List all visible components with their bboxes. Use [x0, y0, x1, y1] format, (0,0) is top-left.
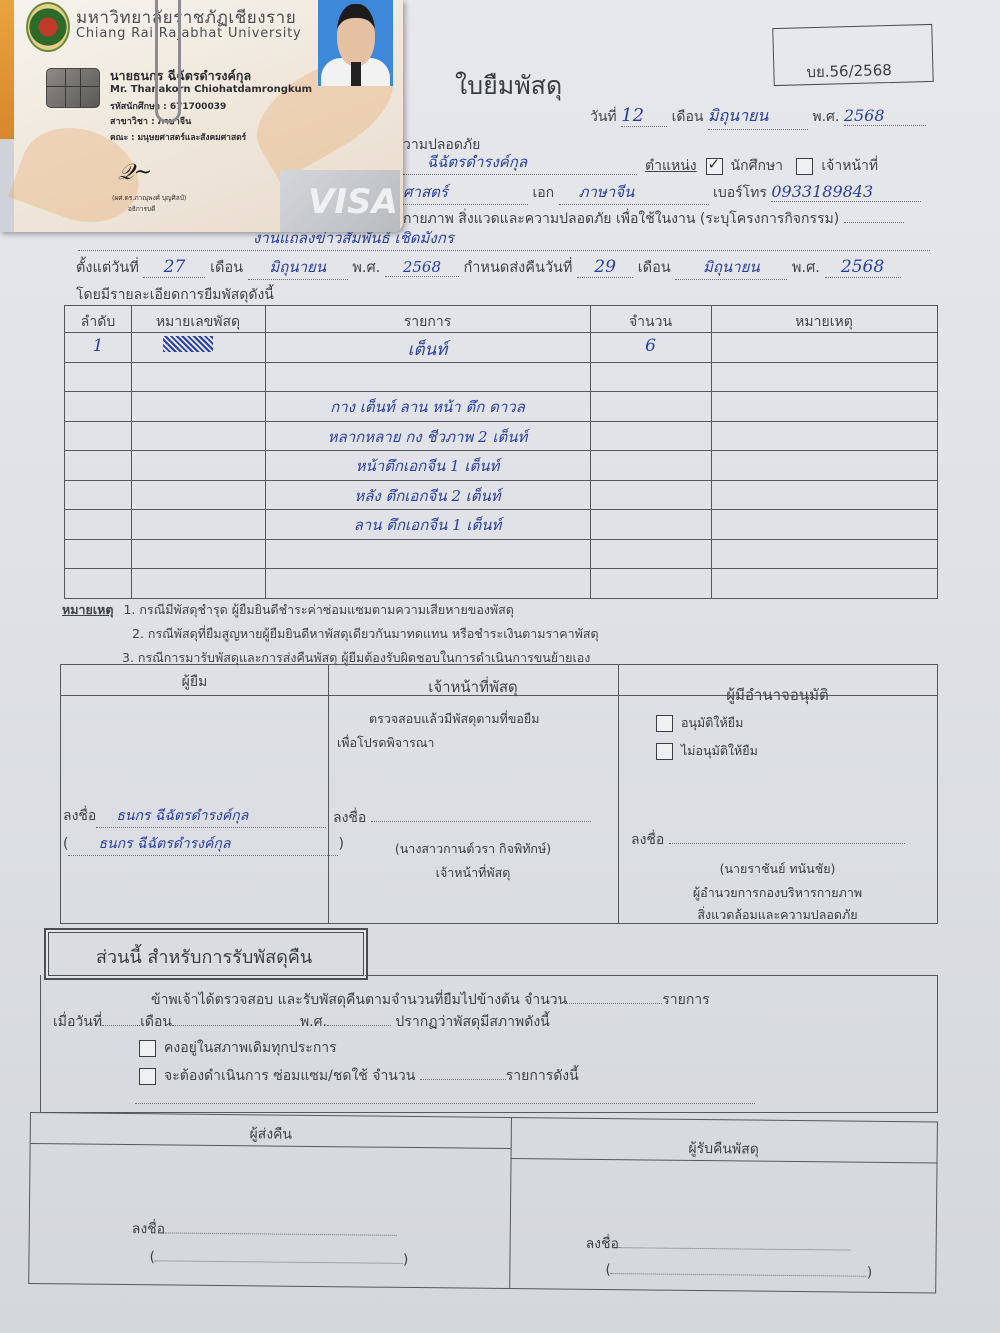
date-year[interactable]: 2568: [844, 106, 926, 126]
table-cell-no[interactable]: 1: [65, 336, 131, 356]
receiver-name[interactable]: [611, 1261, 867, 1277]
officer-signature[interactable]: [371, 807, 591, 822]
reject-option: ไม่อนุมัติให้ยืม: [656, 741, 758, 761]
table-header-cell: จำนวน: [590, 311, 711, 333]
approver-signature[interactable]: [669, 829, 905, 844]
table-row: 1(ขีดฆ่า)เต็นท์6: [65, 332, 937, 362]
return-option-1: คงอยู่ในสภาพเดิมทุกประการ: [139, 1037, 337, 1059]
return-count-field[interactable]: [567, 991, 662, 1004]
return-line-1-suffix: รายการ: [662, 992, 709, 1008]
condition-repair-suffix: รายการดังนี้: [506, 1068, 579, 1084]
date-day[interactable]: 12: [621, 105, 667, 127]
table-cell-item[interactable]: หน้าตึกเอกจีน 1 เต็นท์: [265, 454, 590, 478]
table-row: หลากหลาย กง ชีวภาพ 2 เต็นท์: [65, 421, 937, 451]
table-header-cell: หมายเหตุ: [711, 311, 937, 333]
condition-repair-label: จะต้องดำเนินการ ซ่อมแซม/ชดใช้ จำนวน: [164, 1068, 415, 1084]
date-line: วันที่ 12 เดือน มิถุนายน พ.ศ. 2568: [590, 104, 926, 130]
table-cell-code[interactable]: (ขีดฆ่า): [163, 336, 213, 352]
card-chip-icon: [46, 68, 100, 108]
purpose-dots: [844, 222, 904, 223]
card-photo: [318, 0, 393, 86]
borrower-name-line: (ธนกร ฉีฉัตรดำรงค์กุล): [63, 833, 344, 856]
return-month-field[interactable]: [172, 1013, 300, 1026]
borrower-header: ผู้ยืม: [61, 671, 328, 693]
position-student-label: นักศึกษา: [731, 158, 784, 174]
year-label: พ.ศ.: [812, 109, 839, 125]
receiver-header: ผู้รับคืนพัสดุ: [511, 1136, 937, 1162]
return-year-label: พ.ศ.: [792, 260, 820, 276]
table-cell-item[interactable]: หลัง ตึกเอกจีน 2 เต็นท์: [265, 484, 590, 508]
officer-text-2: เพื่อโปรดพิจารณา: [337, 733, 434, 753]
approver-title-1: ผู้อำนวยการกองบริหารกายภาพ: [618, 883, 937, 903]
table-cell-qty[interactable]: 6: [590, 336, 711, 356]
position-staff-label: เจ้าหน้าที่: [821, 158, 878, 174]
table-row: หน้าตึกเอกจีน 1 เต็นท์: [65, 450, 937, 480]
table-cell-item[interactable]: หลากหลาย กง ชีวภาพ 2 เต็นท์: [265, 425, 590, 449]
approver-title-2: สิ่งแวดล้อมและความปลอดภัย: [618, 905, 937, 925]
officer-text-1: ตรวจสอบแล้วมีพัสดุตามที่ขอยืม: [369, 709, 539, 729]
condition-label: ปรากฏว่าพัสดุมีสภาพดังนี้: [395, 1014, 549, 1030]
from-label: ตั้งแต่วันที่: [76, 260, 139, 276]
purpose-text: กายภาพ สิ่งแวดและความปลอดภัย เพื่อใช้ในง…: [403, 211, 839, 227]
officer-title: เจ้าหน้าที่พัสดุ: [328, 863, 618, 883]
card-signer: (ผศ.ดร.ภาณุพงศ์ บุญศิลป์): [112, 193, 186, 203]
from-month-label: เดือน: [210, 260, 243, 276]
officer-name: (นางสาวกานต์วรา กิจพิทักษ์): [328, 839, 618, 859]
table-cell-item[interactable]: ลาน ตึกเอกจีน 1 เต็นท์: [265, 513, 590, 537]
sign-label: ลงชื่อ: [586, 1236, 619, 1252]
return-section-box: ข้าพเจ้าได้ตรวจสอบ และรับพัสดุคืนตามจำนว…: [40, 975, 938, 1113]
student-id-card: มหาวิทยาลัยราชภัฏเชียงราย Chiang Rai Raj…: [0, 0, 403, 232]
table-header-cell: รายการ: [265, 311, 590, 333]
return-year[interactable]: 2568: [825, 257, 901, 278]
approve-checkbox[interactable]: [656, 715, 673, 732]
month-label: เดือน: [672, 109, 704, 125]
remark-item: 1. กรณีมีพัสดุชำรุด ผู้ยืมยินดีชำระค่าซ่…: [123, 602, 513, 617]
sign-label: ลงชื่อ: [63, 808, 96, 824]
university-logo-icon: [26, 2, 70, 52]
table-cell-item[interactable]: กาง เต็นท์ ลาน หน้า ตึก ดาวล: [265, 395, 590, 419]
faculty-line: ศาสตร์ เอก ภาษาจีน เบอร์โทร 0933189843: [403, 180, 921, 205]
card-faculty: คณะ : มนุษยศาสตร์และสังคมศาสตร์: [110, 130, 246, 144]
receiver-signature[interactable]: [619, 1235, 851, 1250]
returner-signature[interactable]: [165, 1220, 397, 1235]
approver-name: (นายราชันย์ ทนันชัย): [618, 859, 937, 879]
condition-intact-label: คงอยู่ในสภาพเดิมทุกประการ: [164, 1040, 337, 1056]
phone-field[interactable]: 0933189843: [771, 182, 921, 202]
return-month-label: เดือน: [140, 1014, 172, 1030]
return-section-title: ส่วนนี้ สำหรับการรับพัสดุคืน: [96, 942, 312, 971]
remark-item: 2. กรณีพัสดุที่ยืมสูญหายผู้ยืมยินดีหาพัส…: [132, 624, 599, 644]
card-signature-icon: 𝒬~: [118, 160, 152, 185]
sign-label: ลงชื่อ: [333, 810, 366, 826]
condition-checkbox-intact[interactable]: [139, 1040, 156, 1057]
date-label: วันที่: [590, 109, 617, 125]
approver-sign-line: ลงชื่อ: [631, 829, 905, 851]
table-row: หลัง ตึกเอกจีน 2 เต็นท์: [65, 480, 937, 510]
officer-sign-line: ลงชื่อ: [333, 807, 591, 829]
table-cell-item[interactable]: เต็นท์: [265, 336, 590, 363]
details-intro: โดยมีรายละเอียดการยืมพัสดุดังนี้: [76, 284, 274, 306]
doc-number-box: บย.56/2568: [772, 24, 933, 86]
return-signature-table: ผู้ส่งคืน ผู้รับคืนพัสดุ ลงชื่อ () ลงชื่…: [28, 1112, 938, 1293]
table-row: กาง เต็นท์ ลาน หน้า ตึก ดาวล: [65, 391, 937, 421]
card-name-en: Mr. Thanakorn Chiohatdamrongkum: [110, 84, 312, 95]
receiver-name-line: (): [605, 1261, 872, 1281]
sign-label: ลงชื่อ: [132, 1221, 165, 1237]
reject-checkbox[interactable]: [656, 743, 673, 760]
return-section-title-box: ส่วนนี้ สำหรับการรับพัสดุคืน: [44, 928, 368, 980]
returner-sign-line: ลงชื่อ: [132, 1218, 398, 1243]
faculty-field[interactable]: ศาสตร์: [403, 180, 528, 205]
position-checkbox-student[interactable]: [706, 158, 723, 175]
borrower-sign-line: ลงชื่อธนกร ฉีฉัตรดำรงค์กุล: [63, 805, 326, 828]
return-day-field[interactable]: [102, 1013, 140, 1026]
major-label: เอก: [532, 185, 554, 201]
remarks: หมายเหตุ 1. กรณีมีพัสดุชำรุด ผู้ยืมยินดี…: [62, 600, 514, 620]
reject-label: ไม่อนุมัติให้ยืม: [681, 743, 758, 758]
return-year-field[interactable]: [327, 1013, 391, 1026]
return-option-2: จะต้องดำเนินการ ซ่อมแซม/ชดใช้ จำนวน รายก…: [139, 1065, 579, 1087]
returner-name[interactable]: [155, 1248, 403, 1264]
form-title: ใบยืมพัสดุ: [455, 66, 562, 106]
major-field[interactable]: ภาษาจีน: [559, 180, 709, 205]
repair-count-field[interactable]: [420, 1067, 506, 1080]
table-row: [65, 568, 937, 598]
receiver-sign-line: ลงชื่อ: [586, 1233, 852, 1258]
remarks-label: หมายเหตุ: [62, 602, 113, 617]
from-year-label: พ.ศ.: [352, 260, 380, 276]
table-row: [65, 539, 937, 569]
borrower-name[interactable]: ธนกร ฉีฉัตรดำรงค์กุล: [68, 833, 338, 856]
sign-label: ลงชื่อ: [631, 832, 664, 848]
position-group: ตำแหน่ง นักศึกษา เจ้าหน้าที่: [645, 155, 878, 177]
return-line-2: เมื่อวันที่เดือนพ.ศ. ปรากฏว่าพัสดุมีสภาพ…: [53, 1011, 550, 1033]
returner-name-line: (): [149, 1248, 408, 1268]
card-university-en: Chiang Rai Rajabhat University: [76, 26, 302, 41]
surname-field[interactable]: ฉีฉัตรดำรงค์กุล: [403, 150, 637, 175]
return-month-label: เดือน: [638, 260, 671, 276]
signature-table: ผู้ยืม เจ้าหน้าที่พัสดุ ผู้มีอำนาจอนุมัต…: [60, 664, 938, 924]
approve-option: อนุมัติให้ยืม: [656, 713, 743, 733]
date-month[interactable]: มิถุนายน: [708, 104, 808, 130]
period-line: ตั้งแต่วันที่ 27 เดือน มิถุนายน พ.ศ. 256…: [76, 255, 901, 280]
items-table: ลำดับหมายเลขพัสดุรายการจำนวนหมายเหตุ1(ขี…: [64, 305, 938, 599]
condition-checkbox-repair[interactable]: [139, 1068, 156, 1085]
table-header-cell: หมายเลขพัสดุ: [131, 311, 265, 333]
position-label: ตำแหน่ง: [645, 158, 697, 174]
card-signer-title: อธิการบดี: [128, 204, 155, 214]
table-row: ลาน ตึกเอกจีน 1 เต็นท์: [65, 509, 937, 539]
return-day[interactable]: 29: [577, 257, 633, 278]
from-day[interactable]: 27: [143, 257, 205, 278]
return-month[interactable]: มิถุนายน: [675, 255, 787, 280]
return-year-label: พ.ศ.: [300, 1014, 327, 1030]
repair-details-field[interactable]: [135, 1093, 755, 1104]
on-date-label: เมื่อวันที่: [53, 1014, 102, 1030]
paper-clip-icon: [155, 0, 181, 123]
approve-label: อนุมัติให้ยืม: [681, 715, 743, 730]
approver-header: ผู้มีอำนาจอนุมัติ: [618, 683, 937, 707]
table-header-cell: ลำดับ: [65, 311, 131, 333]
card-brand-logo: VISA: [280, 170, 400, 232]
table-row: [65, 362, 937, 392]
return-label: กำหนดส่งคืนวันที่: [464, 260, 573, 276]
return-line-1-text: ข้าพเจ้าได้ตรวจสอบ และรับพัสดุคืนตามจำนว…: [151, 992, 567, 1008]
phone-label: เบอร์โทร: [713, 185, 767, 201]
position-checkbox-staff[interactable]: [796, 158, 813, 175]
from-month[interactable]: มิถุนายน: [248, 255, 348, 280]
card-brand: VISA: [308, 182, 398, 222]
officer-header: เจ้าหน้าที่พัสดุ: [328, 675, 618, 699]
return-line-1: ข้าพเจ้าได้ตรวจสอบ และรับพัสดุคืนตามจำนว…: [151, 989, 710, 1011]
doc-number: บย.56/2568: [806, 58, 892, 84]
borrower-signature[interactable]: ธนกร ฉีฉัตรดำรงค์กุล: [96, 805, 326, 828]
from-year[interactable]: 2568: [385, 258, 459, 277]
